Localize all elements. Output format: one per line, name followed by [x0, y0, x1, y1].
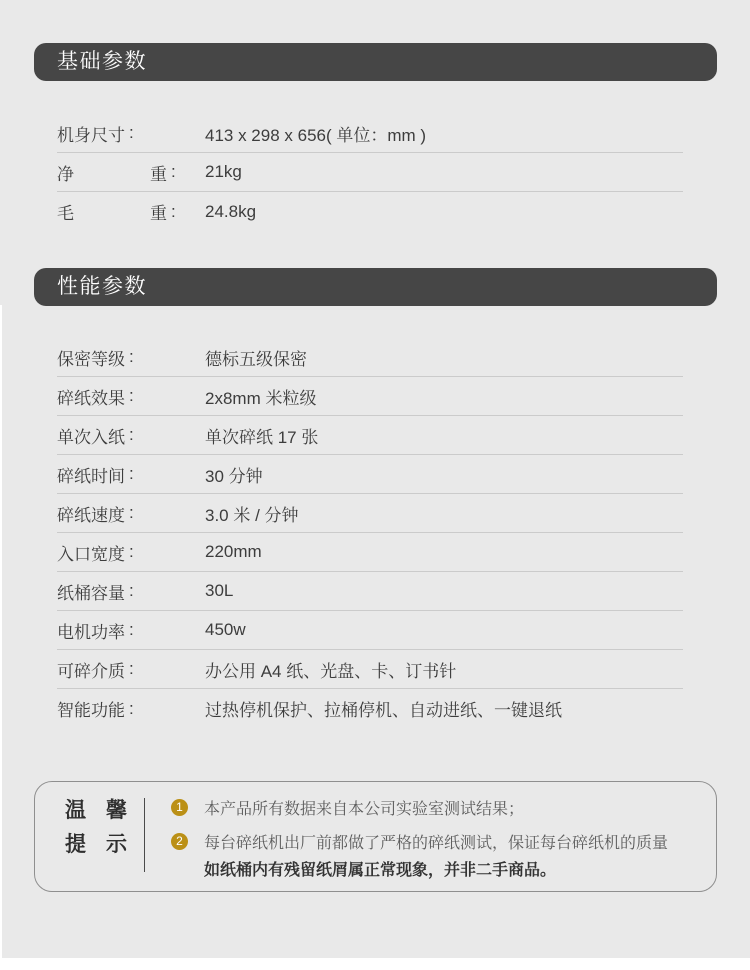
label-colon: : [171, 162, 176, 182]
section-title: 性能参数 [57, 275, 147, 298]
spec-label: 电机功率 [57, 618, 125, 643]
table-row: 保密等级: 德标五级保密 [57, 338, 683, 377]
tip-bold-note: 如纸桶内有残留纸屑属正常现象，并非二手商品。 [171, 858, 700, 884]
warm-tips-title: 温馨 提示 [65, 794, 127, 862]
tip-text: 每台碎纸机出厂前都做了严格的碎纸测试，保证每台碎纸机的质量 [204, 830, 668, 853]
spec-label: 碎纸速度 [57, 501, 125, 526]
label-colon: : [129, 503, 134, 523]
spec-value: 450w [205, 620, 246, 640]
spec-label: 入口宽度 [57, 540, 125, 565]
spec-label: 纸桶容量 [57, 579, 125, 604]
performance-params-table: 保密等级: 德标五级保密 碎纸效果: 2x8mm 米粒级 单次入纸: 单次碎纸 … [57, 338, 683, 728]
section-header-basic-params: 基础参数 [34, 43, 717, 81]
table-row: 碎纸速度: 3.0 米 / 分钟 [57, 494, 683, 533]
table-row: 纸桶容量: 30L [57, 572, 683, 611]
spec-value: 过热停机保护、拉桶停机、自动进纸、一键退纸 [205, 696, 562, 721]
warm-tips-title-line2: 提示 [65, 828, 127, 862]
label-colon: : [129, 542, 134, 562]
numbered-badge-1: 1 [171, 799, 188, 816]
label-colon: : [129, 464, 134, 484]
label-colon: : [129, 425, 134, 445]
spec-sheet-background: 基础参数 机身尺寸: 413 x 298 x 656( 单位：mm ) 净重: … [0, 0, 750, 958]
spec-label: 保密等级 [57, 345, 125, 370]
spec-value: 办公用 A4 纸、光盘、卡、订书针 [205, 657, 456, 682]
table-row: 净重: 21kg [57, 153, 683, 192]
spec-value: 30L [205, 581, 233, 601]
section-header-performance-params: 性能参数 [34, 268, 717, 306]
spec-label: 机身尺寸 [57, 121, 125, 146]
spec-value: 3.0 米 / 分钟 [205, 501, 299, 526]
tip-text: 本产品所有数据来自本公司实验室测试结果； [204, 796, 524, 819]
label-colon: : [129, 386, 134, 406]
spec-label: 智能功能 [57, 696, 125, 721]
table-row: 入口宽度: 220mm [57, 533, 683, 572]
spec-value: 单次碎纸 17 张 [205, 423, 318, 448]
spec-label: 净重 [57, 160, 167, 185]
spec-value: 220mm [205, 542, 262, 562]
spec-label: 单次入纸 [57, 423, 125, 448]
table-row: 电机功率: 450w [57, 611, 683, 650]
spec-value: 24.8kg [205, 202, 256, 222]
warm-tips-title-line1: 温馨 [65, 794, 127, 828]
spec-label: 碎纸时间 [57, 462, 125, 487]
list-item: 1 本产品所有数据来自本公司实验室测试结果； [171, 792, 700, 822]
table-row: 可碎介质: 办公用 A4 纸、光盘、卡、订书针 [57, 650, 683, 689]
spec-value: 30 分钟 [205, 462, 263, 487]
label-colon: : [129, 581, 134, 601]
label-colon: : [129, 659, 134, 679]
numbered-badge-2: 2 [171, 833, 188, 850]
spec-label: 可碎介质 [57, 657, 125, 682]
warm-tips-list: 1 本产品所有数据来自本公司实验室测试结果； 2 每台碎纸机出厂前都做了严格的碎… [171, 792, 700, 884]
table-row: 毛重: 24.8kg [57, 192, 683, 231]
spec-label: 毛重 [57, 199, 167, 224]
table-row: 机身尺寸: 413 x 298 x 656( 单位：mm ) [57, 114, 683, 153]
spec-value: 2x8mm 米粒级 [205, 384, 316, 409]
table-row: 智能功能: 过热停机保护、拉桶停机、自动进纸、一键退纸 [57, 689, 683, 728]
page-edge-strip [0, 305, 2, 958]
spec-value: 413 x 298 x 656( 单位：mm ) [205, 121, 426, 146]
list-item: 2 每台碎纸机出厂前都做了严格的碎纸测试，保证每台碎纸机的质量 [171, 826, 700, 856]
basic-params-table: 机身尺寸: 413 x 298 x 656( 单位：mm ) 净重: 21kg … [57, 114, 683, 231]
spec-value: 21kg [205, 162, 242, 182]
label-colon: : [129, 123, 134, 143]
label-colon: : [129, 699, 134, 719]
spec-value: 德标五级保密 [205, 345, 307, 370]
vertical-divider [144, 798, 145, 872]
table-row: 碎纸效果: 2x8mm 米粒级 [57, 377, 683, 416]
warm-tips-panel: 温馨 提示 1 本产品所有数据来自本公司实验室测试结果； 2 每台碎纸机出厂前都… [34, 781, 717, 892]
label-colon: : [129, 620, 134, 640]
section-title: 基础参数 [57, 50, 147, 73]
label-colon: : [129, 347, 134, 367]
label-colon: : [171, 202, 176, 222]
table-row: 碎纸时间: 30 分钟 [57, 455, 683, 494]
table-row: 单次入纸: 单次碎纸 17 张 [57, 416, 683, 455]
spec-label: 碎纸效果 [57, 384, 125, 409]
